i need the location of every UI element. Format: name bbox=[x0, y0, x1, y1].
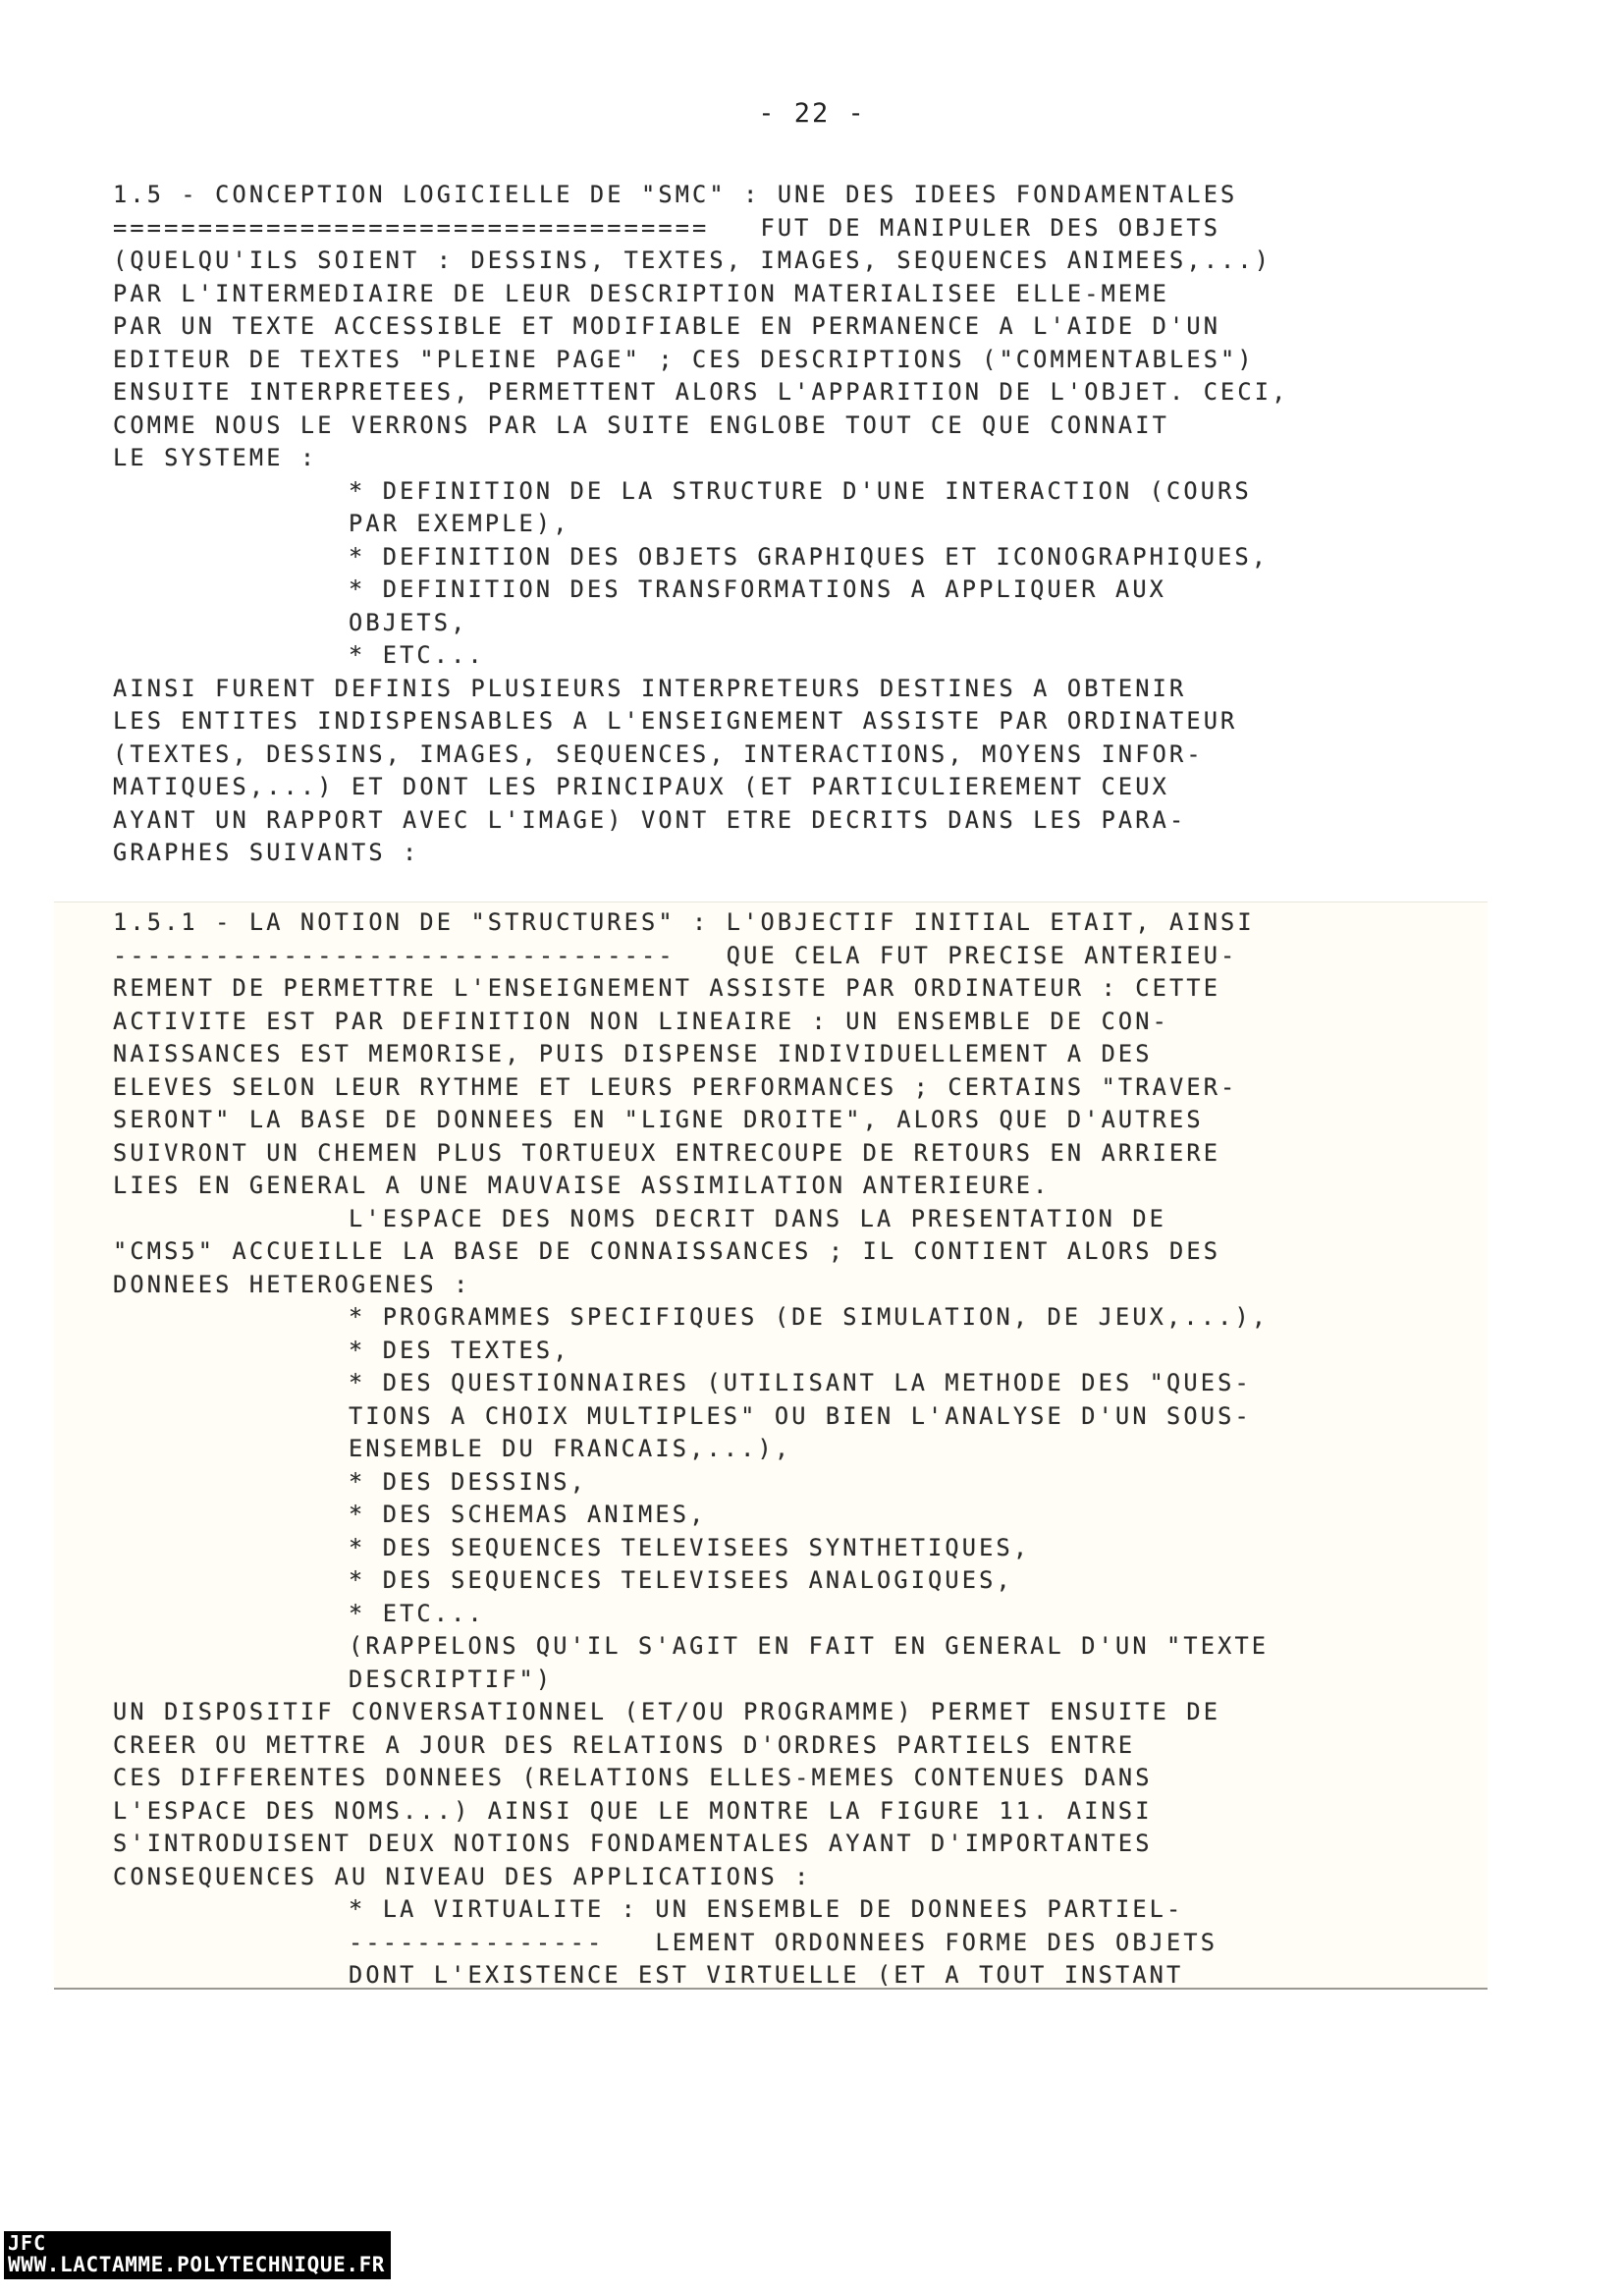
text-line: DONNEES HETEROGENES : bbox=[113, 1269, 1269, 1302]
text-line: UN DISPOSITIF CONVERSATIONNEL (ET/OU PRO… bbox=[113, 1696, 1269, 1729]
text-line: OBJETS, bbox=[113, 607, 1288, 640]
text-line: AINSI FURENT DEFINIS PLUSIEURS INTERPRET… bbox=[113, 673, 1288, 706]
watermark: JFC WWW.LACTAMME.POLYTECHNIQUE.FR bbox=[4, 2231, 391, 2279]
page-number: - 22 - bbox=[0, 98, 1624, 129]
text-line: SERONT" LA BASE DE DONNEES EN "LIGNE DRO… bbox=[113, 1104, 1269, 1137]
text-line: REMENT DE PERMETTRE L'ENSEIGNEMENT ASSIS… bbox=[113, 972, 1269, 1006]
watermark-url: WWW.LACTAMME.POLYTECHNIQUE.FR bbox=[4, 2253, 391, 2279]
text-line: CONSEQUENCES AU NIVEAU DES APPLICATIONS … bbox=[113, 1861, 1269, 1894]
text-line: DESCRIPTIF") bbox=[113, 1664, 1269, 1697]
text-line: 1.5 - CONCEPTION LOGICIELLE DE "SMC" : U… bbox=[113, 179, 1288, 212]
text-line: (QUELQU'ILS SOIENT : DESSINS, TEXTES, IM… bbox=[113, 245, 1288, 278]
text-line: DONT L'EXISTENCE EST VIRTUELLE (ET A TOU… bbox=[113, 1959, 1269, 1993]
text-line: CREER OU METTRE A JOUR DES RELATIONS D'O… bbox=[113, 1729, 1269, 1763]
text-line: * DES QUESTIONNAIRES (UTILISANT LA METHO… bbox=[113, 1367, 1269, 1400]
text-line: TIONS A CHOIX MULTIPLES" OU BIEN L'ANALY… bbox=[113, 1400, 1269, 1434]
text-line: * DEFINITION DES OBJETS GRAPHIQUES ET IC… bbox=[113, 541, 1288, 574]
text-line: * LA VIRTUALITE : UN ENSEMBLE DE DONNEES… bbox=[113, 1893, 1269, 1927]
text-line: * ETC... bbox=[113, 639, 1288, 673]
text-line: CES DIFFERENTES DONNEES (RELATIONS ELLES… bbox=[113, 1762, 1269, 1795]
text-line: (RAPPELONS QU'IL S'AGIT EN FAIT EN GENER… bbox=[113, 1630, 1269, 1664]
text-line: * PROGRAMMES SPECIFIQUES (DE SIMULATION,… bbox=[113, 1301, 1269, 1335]
text-line: =================================== FUT … bbox=[113, 212, 1288, 246]
text-line: GRAPHES SUIVANTS : bbox=[113, 837, 1288, 870]
text-line: SUIVRONT UN CHEMEN PLUS TORTUEUX ENTRECO… bbox=[113, 1137, 1269, 1171]
text-line: "CMS5" ACCUEILLE LA BASE DE CONNAISSANCE… bbox=[113, 1235, 1269, 1269]
text-line: * DEFINITION DES TRANSFORMATIONS A APPLI… bbox=[113, 574, 1288, 607]
text-line: S'INTRODUISENT DEUX NOTIONS FONDAMENTALE… bbox=[113, 1828, 1269, 1861]
text-line: ELEVES SELON LEUR RYTHME ET LEURS PERFOR… bbox=[113, 1071, 1269, 1105]
text-line: --------------- LEMENT ORDONNEES FORME D… bbox=[113, 1927, 1269, 1960]
text-line: PAR L'INTERMEDIAIRE DE LEUR DESCRIPTION … bbox=[113, 278, 1288, 311]
text-line: 1.5.1 - LA NOTION DE "STRUCTURES" : L'OB… bbox=[113, 906, 1269, 940]
watermark-initials: JFC bbox=[4, 2231, 53, 2253]
text-line: --------------------------------- QUE CE… bbox=[113, 940, 1269, 973]
text-line: (TEXTES, DESSINS, IMAGES, SEQUENCES, INT… bbox=[113, 738, 1288, 772]
text-line: PAR UN TEXTE ACCESSIBLE ET MODIFIABLE EN… bbox=[113, 310, 1288, 344]
text-line: LIES EN GENERAL A UNE MAUVAISE ASSIMILAT… bbox=[113, 1170, 1269, 1203]
text-line: L'ESPACE DES NOMS DECRIT DANS LA PRESENT… bbox=[113, 1203, 1269, 1236]
text-line: EDITEUR DE TEXTES "PLEINE PAGE" ; CES DE… bbox=[113, 344, 1288, 377]
text-line: LE SYSTEME : bbox=[113, 442, 1288, 475]
text-line: * DES DESSINS, bbox=[113, 1466, 1269, 1500]
section-1-5-conception-logicielle: 1.5 - CONCEPTION LOGICIELLE DE "SMC" : U… bbox=[113, 179, 1288, 870]
text-line: L'ESPACE DES NOMS...) AINSI QUE LE MONTR… bbox=[113, 1795, 1269, 1829]
text-line: LES ENTITES INDISPENSABLES A L'ENSEIGNEM… bbox=[113, 705, 1288, 738]
section-1-5-1-notion-de-structures: 1.5.1 - LA NOTION DE "STRUCTURES" : L'OB… bbox=[113, 906, 1269, 1993]
text-line: ENSUITE INTERPRETEES, PERMETTENT ALORS L… bbox=[113, 376, 1288, 410]
text-line: ACTIVITE EST PAR DEFINITION NON LINEAIRE… bbox=[113, 1006, 1269, 1039]
text-line: * DEFINITION DE LA STRUCTURE D'UNE INTER… bbox=[113, 475, 1288, 509]
text-line: COMME NOUS LE VERRONS PAR LA SUITE ENGLO… bbox=[113, 410, 1288, 443]
text-line: * DES TEXTES, bbox=[113, 1335, 1269, 1368]
text-line: PAR EXEMPLE), bbox=[113, 508, 1288, 541]
text-line: MATIQUES,...) ET DONT LES PRINCIPAUX (ET… bbox=[113, 771, 1288, 804]
text-line: * DES SEQUENCES TELEVISEES SYNTHETIQUES, bbox=[113, 1532, 1269, 1565]
text-line: * ETC... bbox=[113, 1598, 1269, 1631]
text-line: NAISSANCES EST MEMORISE, PUIS DISPENSE I… bbox=[113, 1038, 1269, 1071]
text-line: AYANT UN RAPPORT AVEC L'IMAGE) VONT ETRE… bbox=[113, 804, 1288, 838]
text-line: * DES SEQUENCES TELEVISEES ANALOGIQUES, bbox=[113, 1564, 1269, 1598]
text-line: * DES SCHEMAS ANIMES, bbox=[113, 1499, 1269, 1532]
text-line: ENSEMBLE DU FRANCAIS,...), bbox=[113, 1433, 1269, 1466]
